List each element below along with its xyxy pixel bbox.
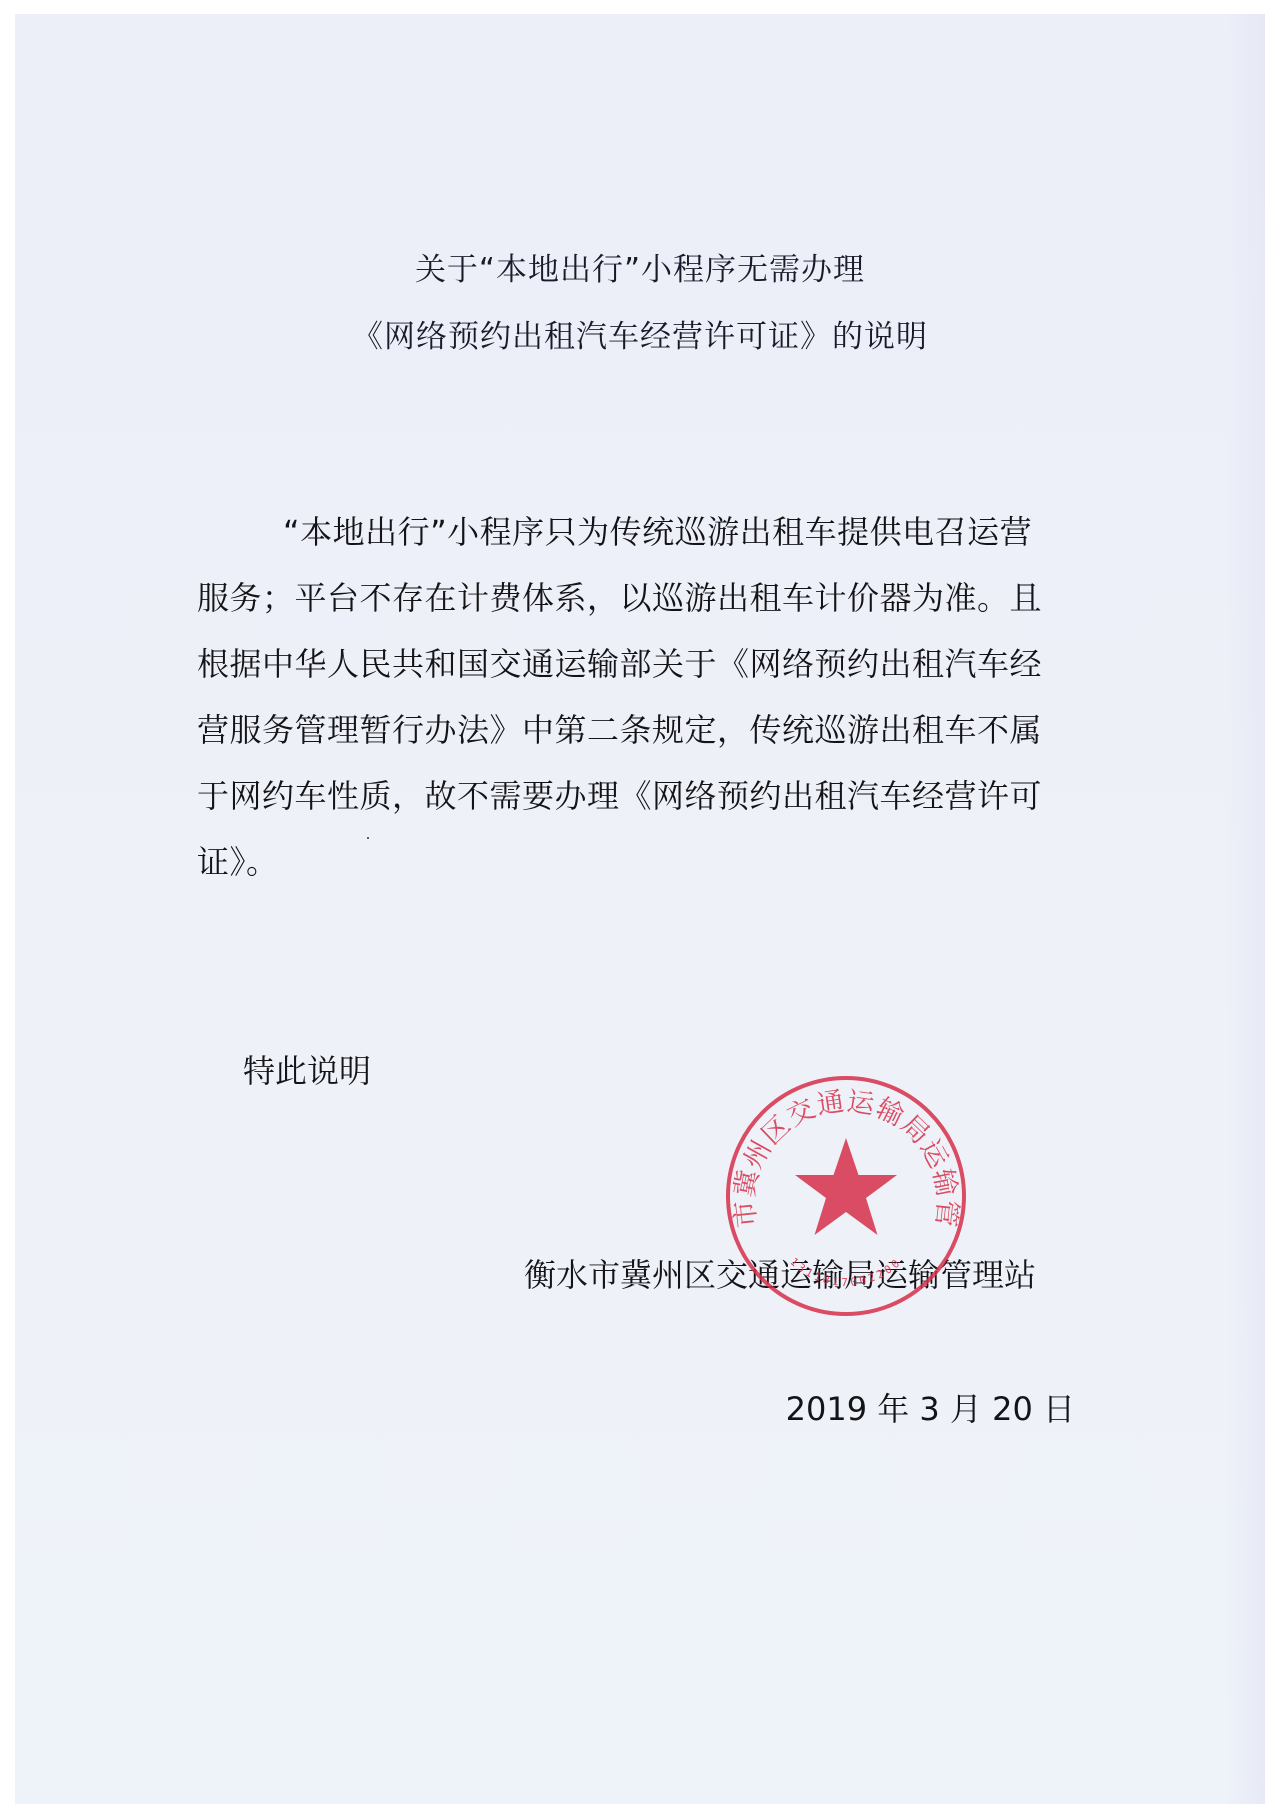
body-line: “本地出行”小程序只为传统巡游出租车提供电召运营 (197, 499, 1097, 565)
body-line: 于网约车性质，故不需要办理《网络预约出租汽车经营许可 (197, 763, 1097, 829)
issuer-signature: 衡水市冀州区交通运输局运输管理站 (524, 1250, 1036, 1296)
closing-remark: 特此说明 (243, 1046, 371, 1092)
document-title-line-2: 《网络预约出租汽车经营许可证》的说明 (0, 311, 1280, 356)
body-line: 根据中华人民共和国交通运输部关于《网络预约出租汽车经 (197, 631, 1097, 697)
body-line: 服务；平台不存在计费体系，以巡游出租车计价器为准。且 (197, 565, 1097, 631)
body-line: 营服务管理暂行办法》中第二条规定，传统巡游出租车不属 (197, 697, 1097, 763)
document-title-line-1: 关于“本地出行”小程序无需办理 (0, 244, 1280, 289)
issue-date: 2019 年 3 月 20 日 (786, 1384, 1075, 1430)
document-body: “本地出行”小程序只为传统巡游出租车提供电召运营 服务；平台不存在计费体系，以巡… (197, 499, 1097, 895)
body-line: 证》。 (197, 829, 1097, 895)
